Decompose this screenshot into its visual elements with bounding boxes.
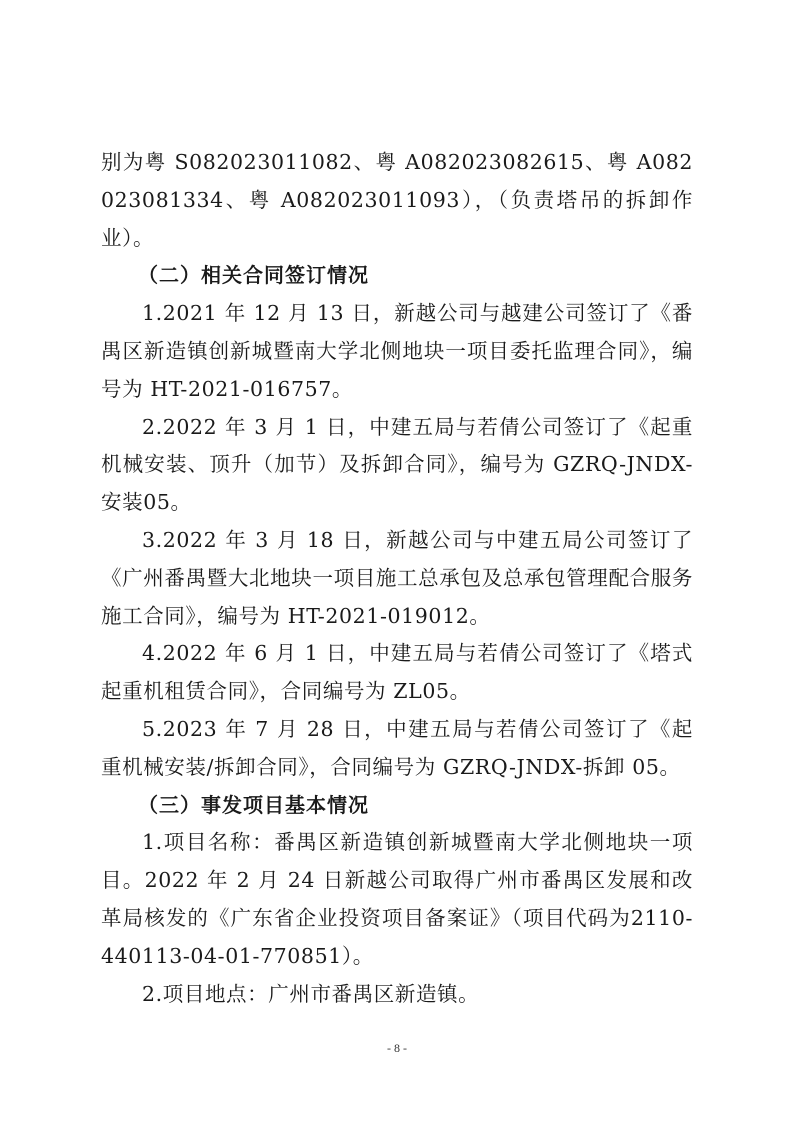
section-heading-project-info: （三）事发项目基本情况 (101, 787, 693, 825)
paragraph-contract-3: 3.2022 年 3 月 18 日，新越公司与中建五局公司签订了《广州番禺暨大北… (101, 522, 693, 635)
paragraph-contract-4: 4.2022 年 6 月 1 日，中建五局与若倩公司签订了《塔式起重机租赁合同》… (101, 635, 693, 711)
paragraph-project-location: 2.项目地点：广州市番禺区新造镇。 (101, 976, 693, 1014)
paragraph-project-name: 1.项目名称：番禺区新造镇创新城暨南大学北侧地块一项目。2022 年 2 月 2… (101, 824, 693, 975)
paragraph-contract-5: 5.2023 年 7 月 28 日，中建五局与若倩公司签订了《起重机械安装/拆卸… (101, 711, 693, 787)
paragraph-plate-numbers: 别为粤 S082023011082、粤 A082023082615、粤 A082… (101, 144, 693, 257)
paragraph-contract-2: 2.2022 年 3 月 1 日，中建五局与若倩公司签订了《起重机械安装、顶升（… (101, 409, 693, 522)
section-heading-contracts: （二）相关合同签订情况 (101, 257, 693, 295)
page-number: - 8 - (0, 1041, 794, 1056)
paragraph-contract-1: 1.2021 年 12 月 13 日，新越公司与越建公司签订了《番禺区新造镇创新… (101, 295, 693, 408)
document-page: 别为粤 S082023011082、粤 A082023082615、粤 A082… (101, 144, 693, 1013)
